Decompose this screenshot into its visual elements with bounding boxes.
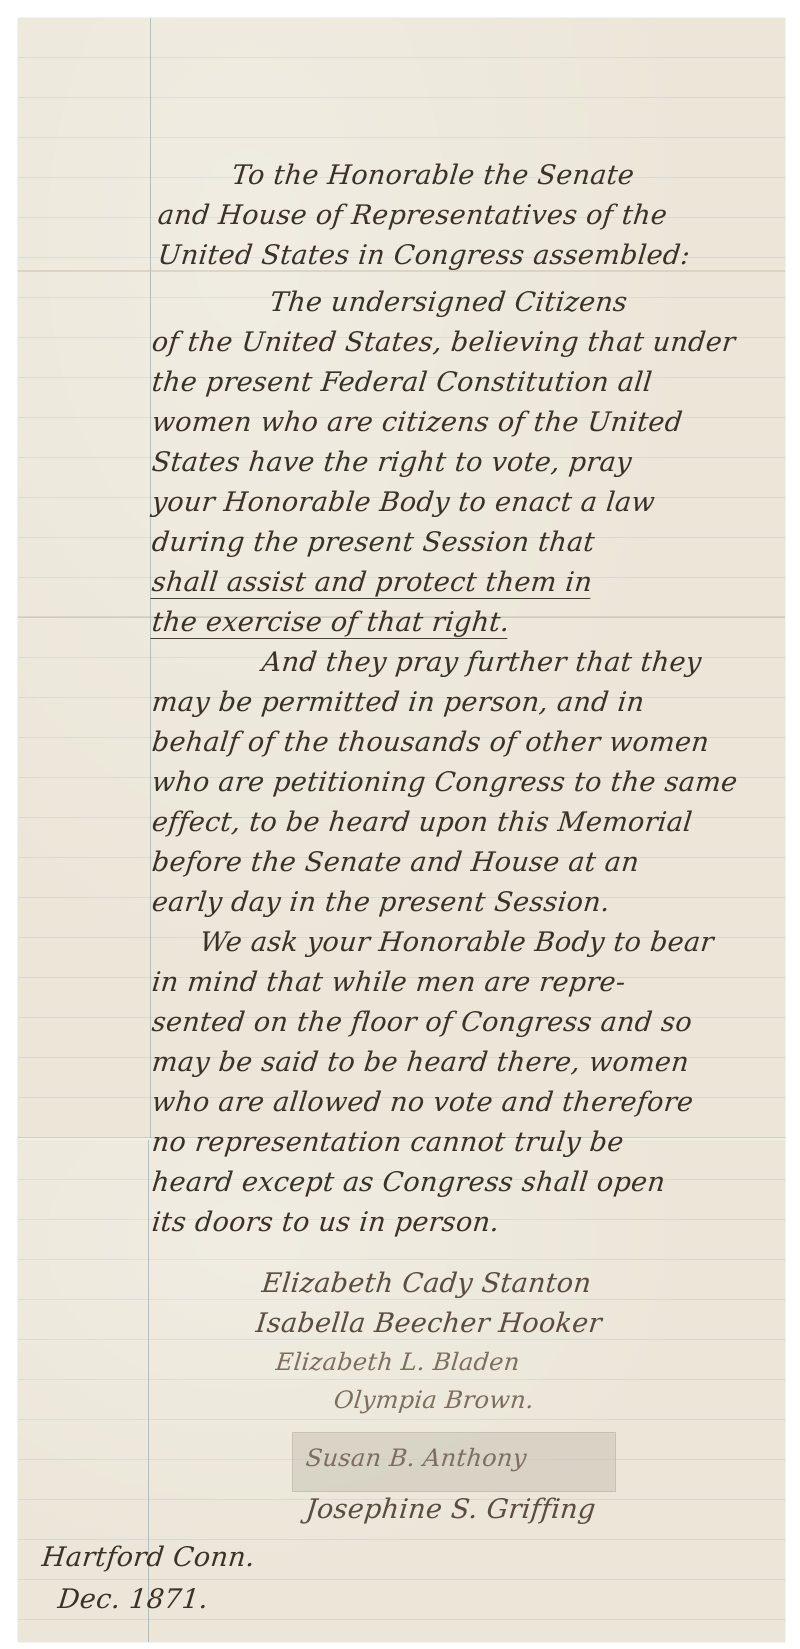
body-line: your Honorable Body to enact a law: [150, 487, 656, 518]
body-line: no representation cannot truly be: [150, 1127, 625, 1158]
body-line: The undersigned Citizens: [268, 287, 629, 318]
body-line: sented on the floor of Congress and so: [150, 1007, 693, 1038]
body-line: before the Senate and House at an: [150, 847, 640, 878]
signature: Olympia Brown.: [333, 1386, 536, 1414]
body-line: who are allowed no vote and therefore: [150, 1087, 695, 1118]
body-line-underlined: shall assist and protect them in: [150, 567, 594, 599]
body-line: of the United States, believing that und…: [150, 327, 737, 358]
salutation-line: and House of Representatives of the: [156, 200, 668, 231]
body-line: during the present Session that: [150, 527, 596, 558]
date: Dec. 1871.: [56, 1584, 209, 1615]
signature: Elizabeth Cady Stanton: [260, 1268, 592, 1299]
body-line: women who are citizens of the United: [150, 407, 684, 438]
salutation-line: United States in Congress assembled:: [156, 240, 691, 271]
body-line: heard except as Congress shall open: [150, 1167, 666, 1198]
margin-rule: [150, 18, 151, 1140]
body-line: who are petitioning Congress to the same: [150, 767, 739, 798]
body-line: States have the right to vote, pray: [150, 447, 633, 478]
body-line: effect, to be heard upon this Memorial: [150, 807, 693, 838]
body-line: the present Federal Constitution all: [150, 367, 653, 398]
body-line: behalf of the thousands of other women: [150, 727, 710, 758]
body-line: in mind that while men are repre-: [150, 967, 627, 998]
body-line: may be permitted in person, and in: [150, 687, 646, 718]
signature: Isabella Beecher Hooker: [254, 1308, 603, 1339]
salutation-line: To the Honorable the Senate: [230, 160, 635, 191]
place: Hartford Conn.: [40, 1542, 256, 1573]
signature: Josephine S. Griffing: [304, 1494, 597, 1525]
signature: Susan B. Anthony: [305, 1444, 529, 1472]
body-line: its doors to us in person.: [150, 1207, 501, 1238]
body-line: And they pray further that they: [260, 647, 703, 678]
body-line: We ask your Honorable Body to bear: [198, 927, 715, 958]
body-line: may be said to be heard there, women: [150, 1047, 690, 1078]
body-line-underlined: the exercise of that right.: [150, 607, 511, 639]
body-line: early day in the present Session.: [150, 887, 611, 918]
signature: Elizabeth L. Bladen: [275, 1348, 522, 1376]
